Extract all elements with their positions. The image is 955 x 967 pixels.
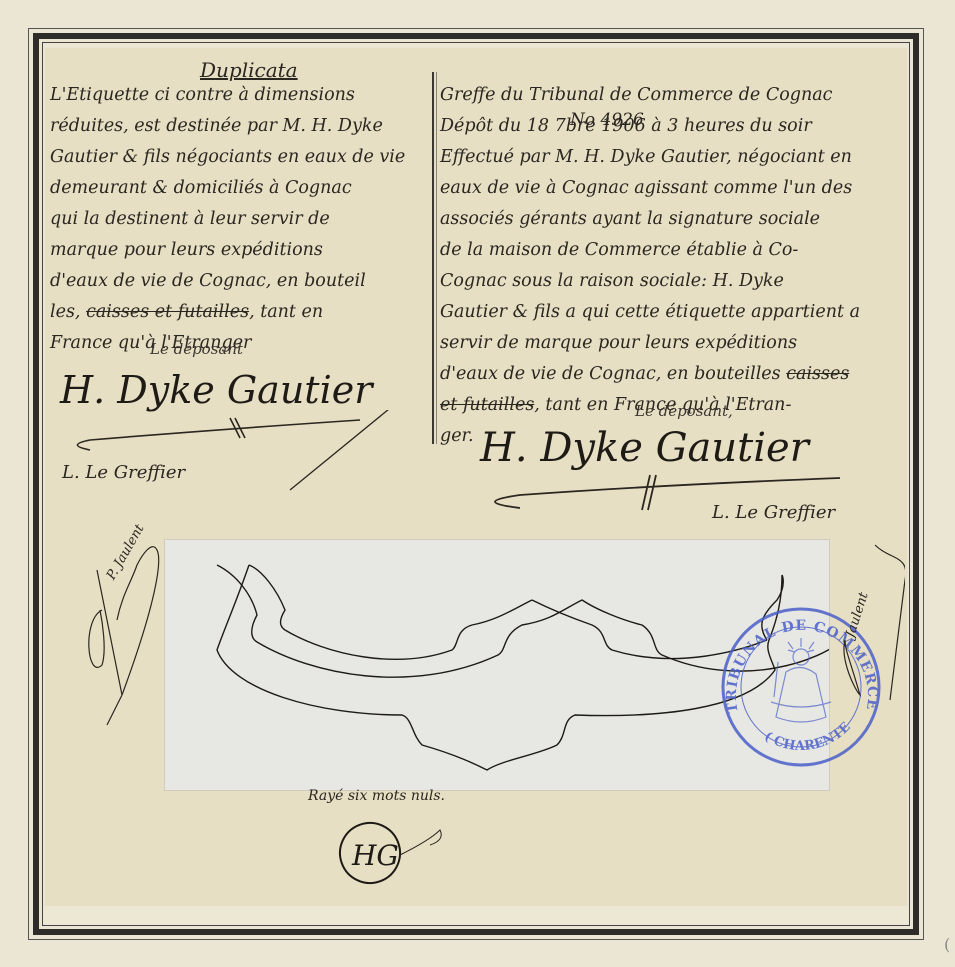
column-divider-shadow xyxy=(436,72,437,444)
text-fragment: , tant en xyxy=(249,302,323,322)
right-column-line: associés gérants ayant la signature soci… xyxy=(440,204,905,235)
text-fragment: d'eaux de vie de Cognac, en bouteilles xyxy=(440,364,786,384)
left-column-line: réduites, est destinée par M. H. Dyke xyxy=(50,111,425,142)
right-depositor-label: Le déposant, xyxy=(635,402,733,420)
struck-text: et futailles xyxy=(440,395,534,415)
left-column-line: d'eaux de vie de Cognac, en bouteil xyxy=(50,266,425,297)
struck-words-note: Rayé six mots nuls. xyxy=(308,788,445,804)
left-column-text: L'Etiquette ci contre à dimensionsréduit… xyxy=(50,80,425,359)
left-column-line: L'Etiquette ci contre à dimensions xyxy=(50,80,425,111)
text-fragment: les, xyxy=(50,302,86,322)
deposit-number: No 4926 xyxy=(570,110,644,130)
page-edge-mark: ( xyxy=(944,935,950,954)
initials-monogram: HG xyxy=(330,820,460,894)
left-witness-signature: P. Jaulent xyxy=(62,540,172,734)
right-column-line: Gautier & fils a qui cette étiquette app… xyxy=(440,297,905,328)
right-column-line: eaux de vie à Cognac agissant comme l'un… xyxy=(440,173,905,204)
left-column-line: les, caisses et futailles, tant en xyxy=(50,297,425,328)
right-column-text: Greffe du Tribunal de Commerce de Cognac… xyxy=(440,80,905,452)
column-divider xyxy=(432,72,434,444)
duplicata-heading: Duplicata xyxy=(200,58,298,82)
sheet-bottom-strip xyxy=(43,906,909,924)
right-depositor-signature: H. Dyke Gautier xyxy=(480,425,809,471)
right-column-line: Effectué par M. H. Dyke Gautier, négocia… xyxy=(440,142,905,173)
right-column-line: Dépôt du 18 7bre 1906 à 3 heures du soir xyxy=(440,111,905,142)
right-column-line: d'eaux de vie de Cognac, en bouteilles c… xyxy=(440,359,905,390)
left-depositor-signature: H. Dyke Gautier xyxy=(60,368,372,412)
left-column-line: qui la destinent à leur servir de xyxy=(50,204,425,235)
left-column-line: Gautier & fils négociants en eaux de vie xyxy=(50,142,425,173)
left-column-line: marque pour leurs expéditions xyxy=(50,235,425,266)
struck-text: caisses xyxy=(786,364,849,384)
right-column-line: Greffe du Tribunal de Commerce de Cognac xyxy=(440,80,905,111)
left-depositor-label: Le déposant xyxy=(150,340,243,358)
left-signature-flourish xyxy=(60,410,420,500)
right-column-line: de la maison de Commerce établie à Co- xyxy=(440,235,905,266)
right-column-line: servir de marque pour leurs expéditions xyxy=(440,328,905,359)
svg-text:HG: HG xyxy=(351,839,399,872)
right-witness-signature: Jaulent xyxy=(835,540,905,714)
left-column-line: demeurant & domiciliés à Cognac xyxy=(50,173,425,204)
right-clerk-signature: L. Le Greffier xyxy=(712,502,835,523)
struck-text: caisses et futailles xyxy=(86,302,249,322)
left-clerk-signature: L. Le Greffier xyxy=(62,462,185,483)
right-column-line: Cognac sous la raison sociale: H. Dyke xyxy=(440,266,905,297)
